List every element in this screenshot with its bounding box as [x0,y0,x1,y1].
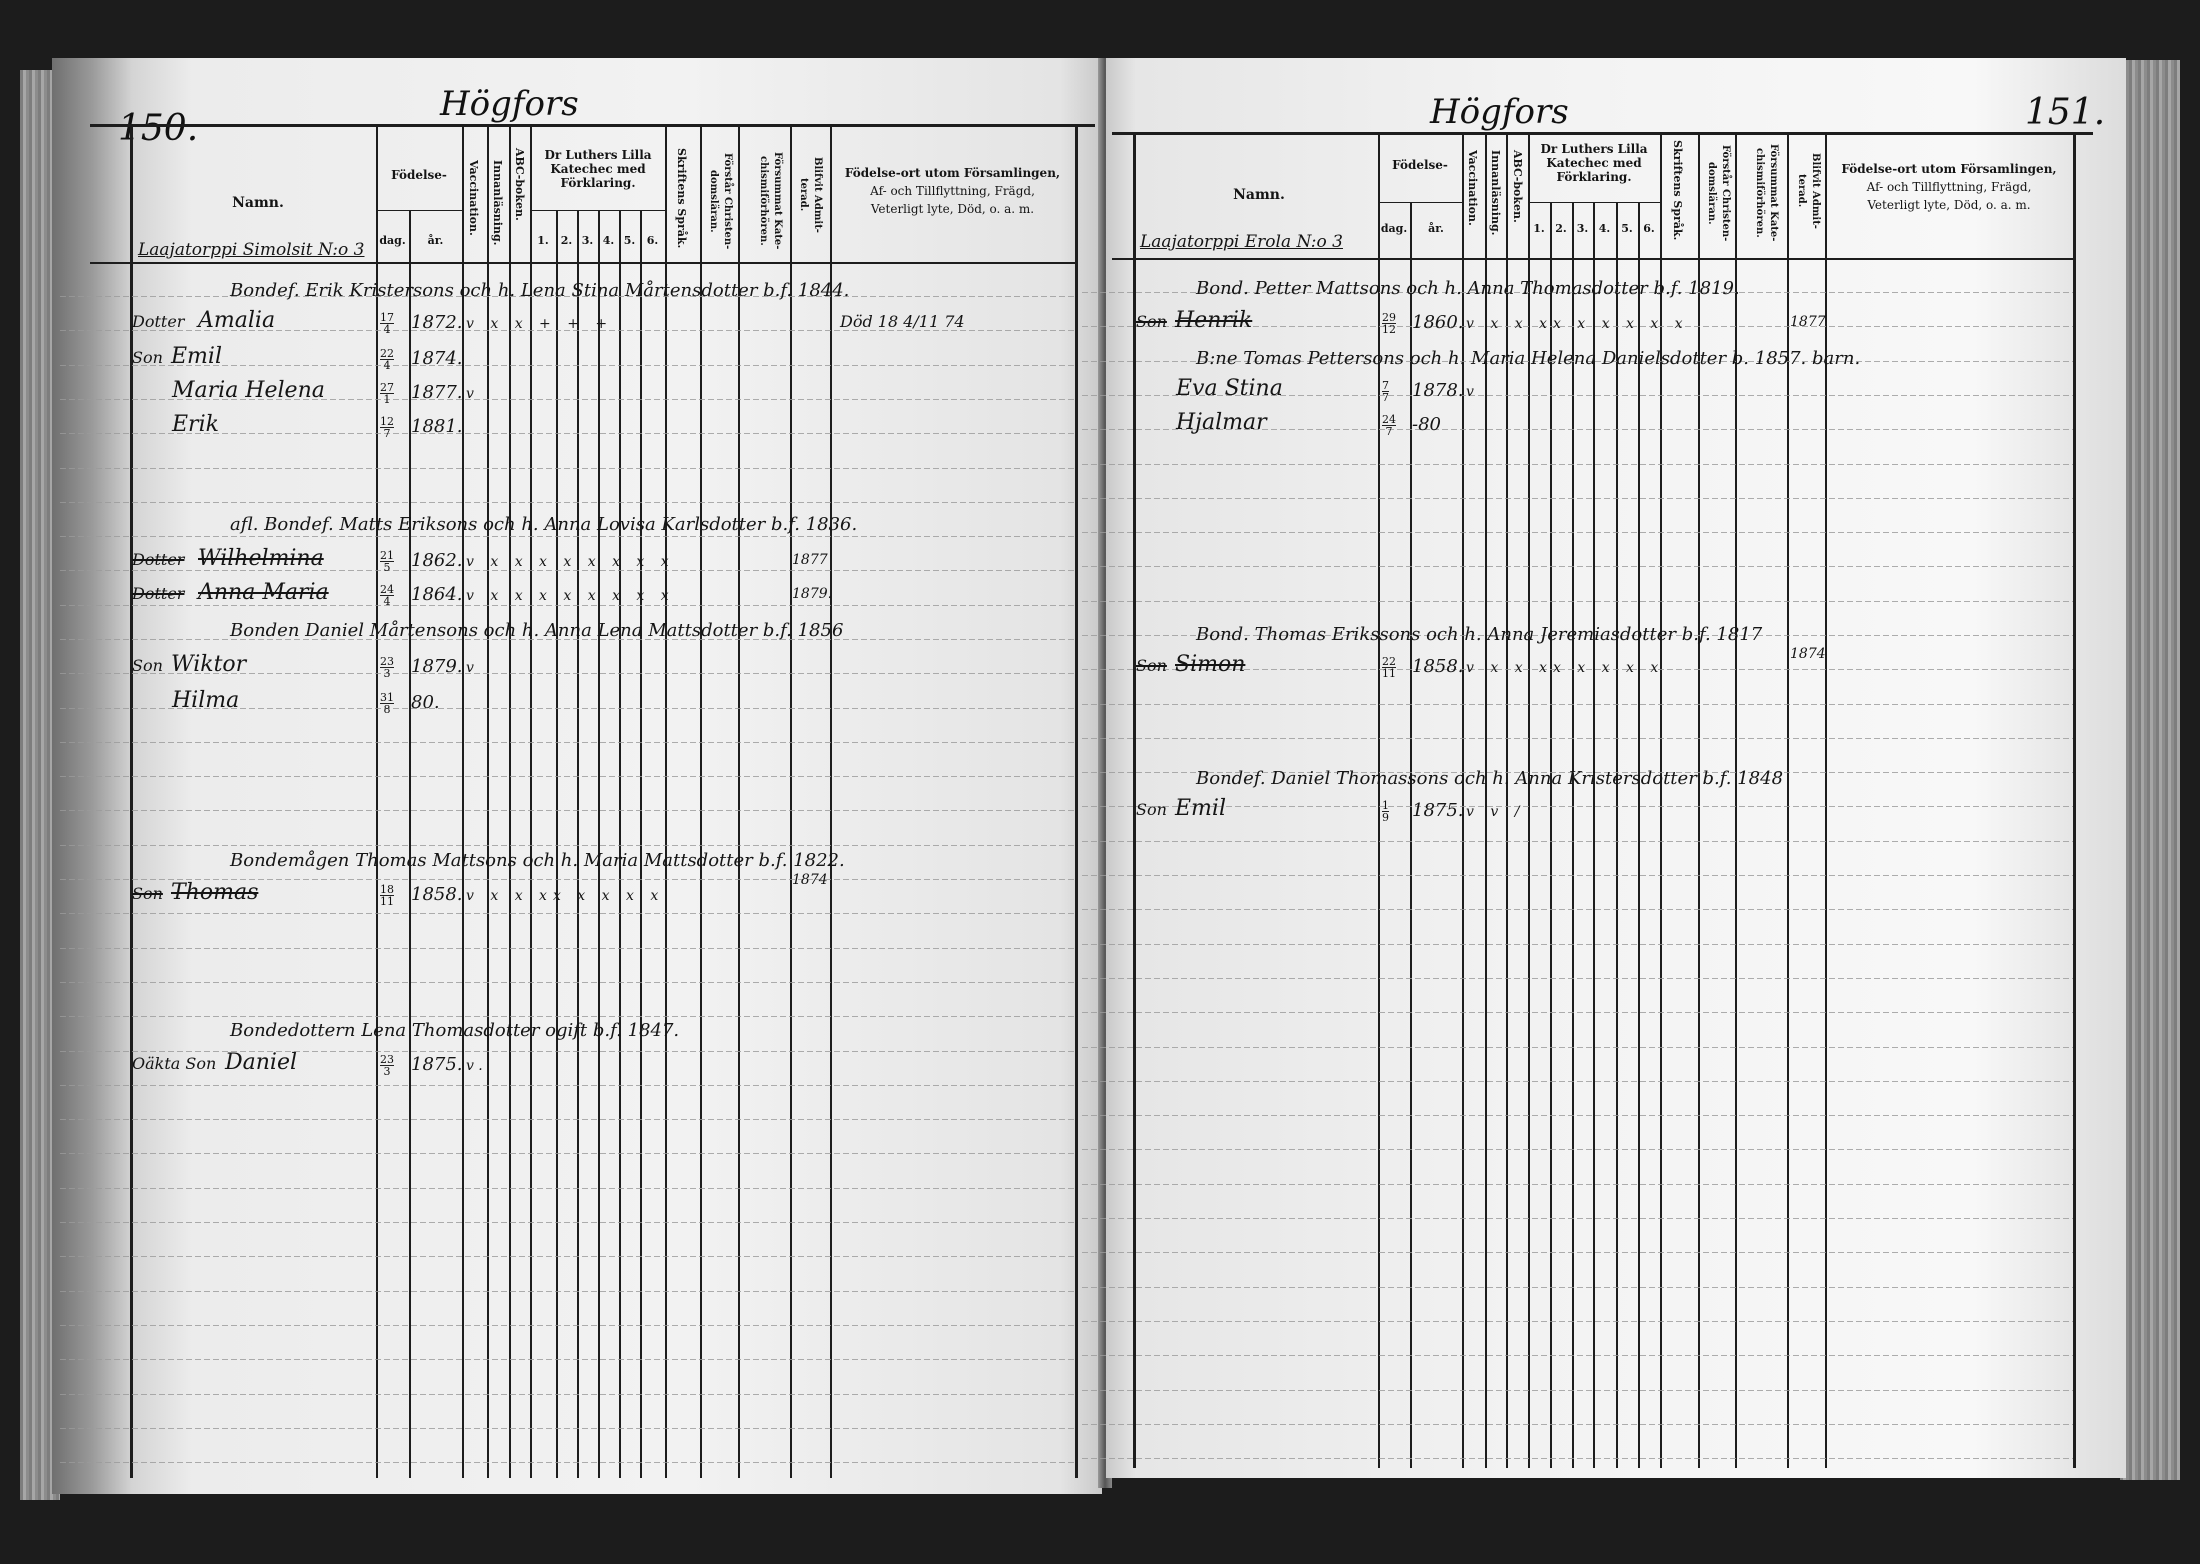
relation: Dotter [132,584,184,603]
left-section-title: Laajatorppi Simolsit N:o 3 [138,240,365,260]
header-bottom-rule [90,262,1075,264]
col-luther-1: 1. [1528,222,1550,236]
admitted-year: 1877 [792,552,828,568]
ruled-line [1082,566,2073,567]
col-fodelseort-2: Af- och Tillflyttning, Frägd, [830,184,1075,198]
col-blifvit: Blifvit Admit-terad. [796,150,824,240]
exam-marks: v x x xx x x x x [1466,660,1664,676]
column-divider [1825,132,1827,1468]
col-skriftens: Skriftens Språk. [674,148,688,248]
birth-year: 1881. [411,416,463,437]
person-name: Wilhelmina [198,546,324,571]
ruled-line [1082,498,2073,499]
right-page-edges [2120,60,2180,1480]
birth-year: 1877. [411,382,463,403]
ruled-line [60,1291,1075,1292]
household-head: Bond. Thomas Erikssons och h. Anna Jerem… [1196,624,1762,645]
col-luther-2: 2. [556,234,577,248]
person-name: Daniel [225,1050,297,1075]
ruled-line [1082,1458,2073,1459]
person-name: Erik [172,412,219,437]
household-head: Bondef. Daniel Thomassons och h. Anna Kr… [1196,768,1783,789]
person-name: Eva Stina [1176,376,1283,401]
col-blifvit: Blifvit Admit-terad. [1794,146,1822,236]
right-section-title: Laajatorppi Erola N:o 3 [1140,232,1343,252]
birth-year: 1860. [1412,312,1464,333]
person-name: Maria Helena [172,378,325,403]
col-luther-2: 2. [1550,222,1572,236]
remark-note: Död 18 4/11 74 [840,312,965,331]
column-divider [1638,202,1640,1468]
column-divider [1506,132,1508,1468]
household-head: afl. Bondef. Matts Eriksons och h. Anna … [230,514,857,535]
ruled-line [1082,1047,2073,1048]
col-ar: år. [409,234,462,248]
ruled-line [1082,464,2073,465]
birth-day-month: 318 [380,692,394,715]
admitted-year: 1879. [792,586,832,602]
household-head: B:ne Tomas Pettersons och h. Maria Helen… [1196,348,1860,369]
col-luther-5: 5. [1616,222,1638,236]
column-divider [790,124,792,1478]
ruled-line [1082,1355,2073,1356]
admitted-year: 1877 [1790,314,1826,330]
exam-marks: v x x + + + [466,316,613,332]
column-divider [619,210,621,1478]
birth-day-month: 224 [380,348,394,371]
right-place-heading: Högfors [1430,92,1569,132]
column-divider [1485,132,1487,1468]
column-divider [1616,202,1618,1468]
relation: Son [132,884,163,903]
col-forstar: Förstår Christen-domsläran. [706,146,734,256]
col-ar: år. [1410,222,1462,236]
birth-year: 1858. [1412,656,1464,677]
ruled-line [1082,909,2073,910]
exam-marks: v x x x x x x x x [466,554,675,570]
birth-year: 1862. [411,550,463,571]
relation: Son [1136,312,1167,331]
col-abc-boken: ABC-boken. [1510,150,1524,223]
admitted-year: 1874 [792,872,828,888]
birth-day-month: 271 [380,382,394,405]
admitted-year: 1874 [1790,646,1826,662]
col-forstar: Förstår Christen-domsläran. [1702,138,1732,248]
relation: Dotter [132,312,184,331]
ruled-line [1082,1321,2073,1322]
column-divider [1593,202,1595,1468]
column-divider [665,124,667,1478]
ruled-line [60,1359,1075,1360]
header-top-rule [1112,132,2093,135]
ruled-line [1082,532,2073,533]
birth-day-month: 233 [380,656,394,679]
birth-day-month: 233 [380,1054,394,1077]
ruled-line [60,742,1075,743]
person-name: Amalia [198,308,275,333]
ruled-line [1082,1012,2073,1013]
ruled-line [60,776,1075,777]
birth-day-month: 215 [380,550,394,573]
birth-day-month: 244 [380,584,394,607]
column-divider [1698,132,1700,1468]
exam-marks: v x x x x x x x x [466,588,675,604]
column-divider [556,210,558,1478]
column-divider [700,124,702,1478]
person-name: Anna Maria [198,580,329,605]
col-luther-4: 4. [598,234,619,248]
col-fodelseort-3: Veterligt lyte, Död, o. a. m. [830,202,1075,216]
exam-marks: v [466,386,480,402]
col-dag: dag. [1378,222,1410,236]
birth-year: 1872. [411,312,463,333]
ruled-line [1082,1218,2073,1219]
ruled-line [1082,1184,2073,1185]
ruled-line [1082,704,2073,705]
col-fodelseort-1: Födelse-ort utom Församlingen, [1825,162,2073,176]
ruled-line [1082,1390,2073,1391]
ruled-line [60,1428,1075,1429]
ruled-line [1082,944,2073,945]
column-divider [738,124,740,1478]
birth-year: 1864. [411,584,463,605]
ruled-line [1082,978,2073,979]
exam-marks: v [1466,384,1480,400]
exam-marks: v [466,660,480,676]
birth-day-month: 19 [1382,800,1389,823]
household-head: Bond. Petter Mattsons och h. Anna Thomas… [1196,278,1740,299]
ruled-line [60,1085,1075,1086]
col-luther-3: 3. [577,234,598,248]
ruled-line [60,1325,1075,1326]
col-luther-1: 1. [530,234,556,248]
col-vaccination: Vaccination. [1465,150,1479,226]
household-head: Bondedottern Lena Thomasdotter ogift b.f… [230,1020,679,1041]
exam-marks: v x x xx x x x x [466,888,664,904]
header-top-rule [90,124,1095,127]
relation: Son [132,656,163,675]
column-divider [1378,132,1380,1468]
birth-day-month: 2211 [1382,656,1396,679]
col-vaccination: Vaccination. [466,160,480,236]
ruled-line [60,1188,1075,1189]
person-name: Wiktor [171,652,246,677]
person-name: Henrik [1175,308,1252,333]
column-divider [1528,132,1530,1468]
person-name: Hilma [172,688,239,713]
ruled-line [60,1051,1075,1052]
birth-year: 1875. [411,1054,463,1075]
column-divider [1660,132,1662,1468]
relation: Son [1136,656,1167,675]
ruled-line [1082,875,2073,876]
person-name: Thomas [171,880,258,905]
relation: Oäkta Son [132,1054,216,1073]
col-fodelseort-1: Födelse-ort utom Församlingen, [830,166,1075,180]
ruled-line [60,536,1075,537]
col-luther-title: Dr Luthers Lilla Katecheс med Förklaring… [532,148,664,190]
col-fodelseort-2: Af- och Tillflyttning, Frägd, [1825,180,2073,194]
birth-day-month: 2912 [1382,312,1396,335]
col-luther-4: 4. [1593,222,1616,236]
birth-day-month: 247 [1382,414,1396,437]
col-innanlasning: Innanläsning. [1488,150,1502,235]
col-forsummat: Försummat Kate-chismiförhören. [1744,138,1780,248]
ruled-line [60,1016,1075,1017]
household-head: Bonden Daniel Mårtensons och h. Anna Len… [230,620,843,641]
ruled-line [60,1153,1075,1154]
relation: Son [132,348,163,367]
ruled-line [1082,1115,2073,1116]
col-luther-title: Dr Luthers Lilla Katecheс med Förklaring… [1530,142,1658,184]
ruled-line [60,982,1075,983]
col-fodelseort-3: Veterligt lyte, Död, o. a. m. [1825,198,2073,212]
column-divider [598,210,600,1478]
col-abc-boken: ABC-boken. [512,148,526,221]
ruled-line [60,502,1075,503]
col-namn: Namn. [1140,188,1378,202]
column-divider [577,210,579,1478]
ruled-line [60,1222,1075,1223]
ruled-line [1082,1149,2073,1150]
ruled-line [60,845,1075,846]
col-fodelse: Födelse- [376,168,462,182]
birth-year: 1879. [411,656,463,677]
fodelse-sub-rule [1378,202,1462,203]
column-divider [1572,202,1574,1468]
ruled-line [60,1394,1075,1395]
col-luther-5: 5. [619,234,640,248]
left-place-heading: Högfors [440,84,579,124]
column-divider [830,124,832,1478]
birth-day-month: 1811 [380,884,394,907]
birth-day-month: 77 [1382,380,1389,403]
relation: Son [1136,800,1167,819]
birth-year: 1878. [1412,380,1464,401]
relation: Dotter [132,550,184,569]
col-luther-6: 6. [640,234,665,248]
birth-year: 1875. [1412,800,1464,821]
birth-year: 1874. [411,348,463,369]
col-luther-3: 3. [1572,222,1593,236]
ruled-line [1082,806,2073,807]
column-divider [1550,202,1552,1468]
birth-day-month: 127 [380,416,394,439]
household-head: Bondemågen Thomas Mattsons och h. Maria … [230,850,845,871]
exam-marks: v. [466,1058,489,1074]
col-innanlasning: Innanläsning. [490,160,504,245]
col-skriftens: Skriftens Språk. [1670,140,1684,240]
person-name: Emil [171,344,222,369]
birth-year: -80 [1412,414,1441,435]
column-divider [1075,124,1078,1478]
col-namn: Namn. [140,196,376,210]
column-divider [1787,132,1789,1468]
ruled-line [60,913,1075,914]
ruled-line [60,948,1075,949]
col-fodelse: Födelse- [1378,158,1462,172]
column-divider [640,210,642,1478]
ruled-line [60,605,1075,606]
ruled-line [60,810,1075,811]
col-dag: dag. [376,234,409,248]
household-head: Bondef. Erik Kristersons och h. Lena Sti… [230,280,849,301]
column-divider [1735,132,1737,1468]
ruled-line [1082,1287,2073,1288]
col-forsummat: Försummat Kate-chismiförhören. [748,146,784,256]
ruled-line [1082,1424,2073,1425]
col-luther-6: 6. [1638,222,1660,236]
ruled-line [60,468,1075,469]
ruled-line [1082,738,2073,739]
right-page-number: 151. [2025,92,2105,133]
ruled-line [1082,1252,2073,1253]
birth-year: 1858. [411,884,463,905]
column-divider [376,124,378,1478]
fodelse-sub-rule [376,210,462,211]
exam-marks: v x x xx x x x x x [1466,316,1689,332]
birth-day-month: 174 [380,312,394,335]
birth-year: 80. [411,692,440,713]
ruled-line [1082,1081,2073,1082]
ruled-line [1082,841,2073,842]
person-name: Hjalmar [1176,410,1267,435]
exam-marks: v v / [1466,804,1525,820]
ruled-line [1082,601,2073,602]
column-divider [2073,132,2076,1468]
person-name: Emil [1175,796,1226,821]
ruled-line [60,1119,1075,1120]
person-name: Simon [1175,652,1245,677]
ruled-line [60,1256,1075,1257]
ruled-line [60,1462,1075,1463]
